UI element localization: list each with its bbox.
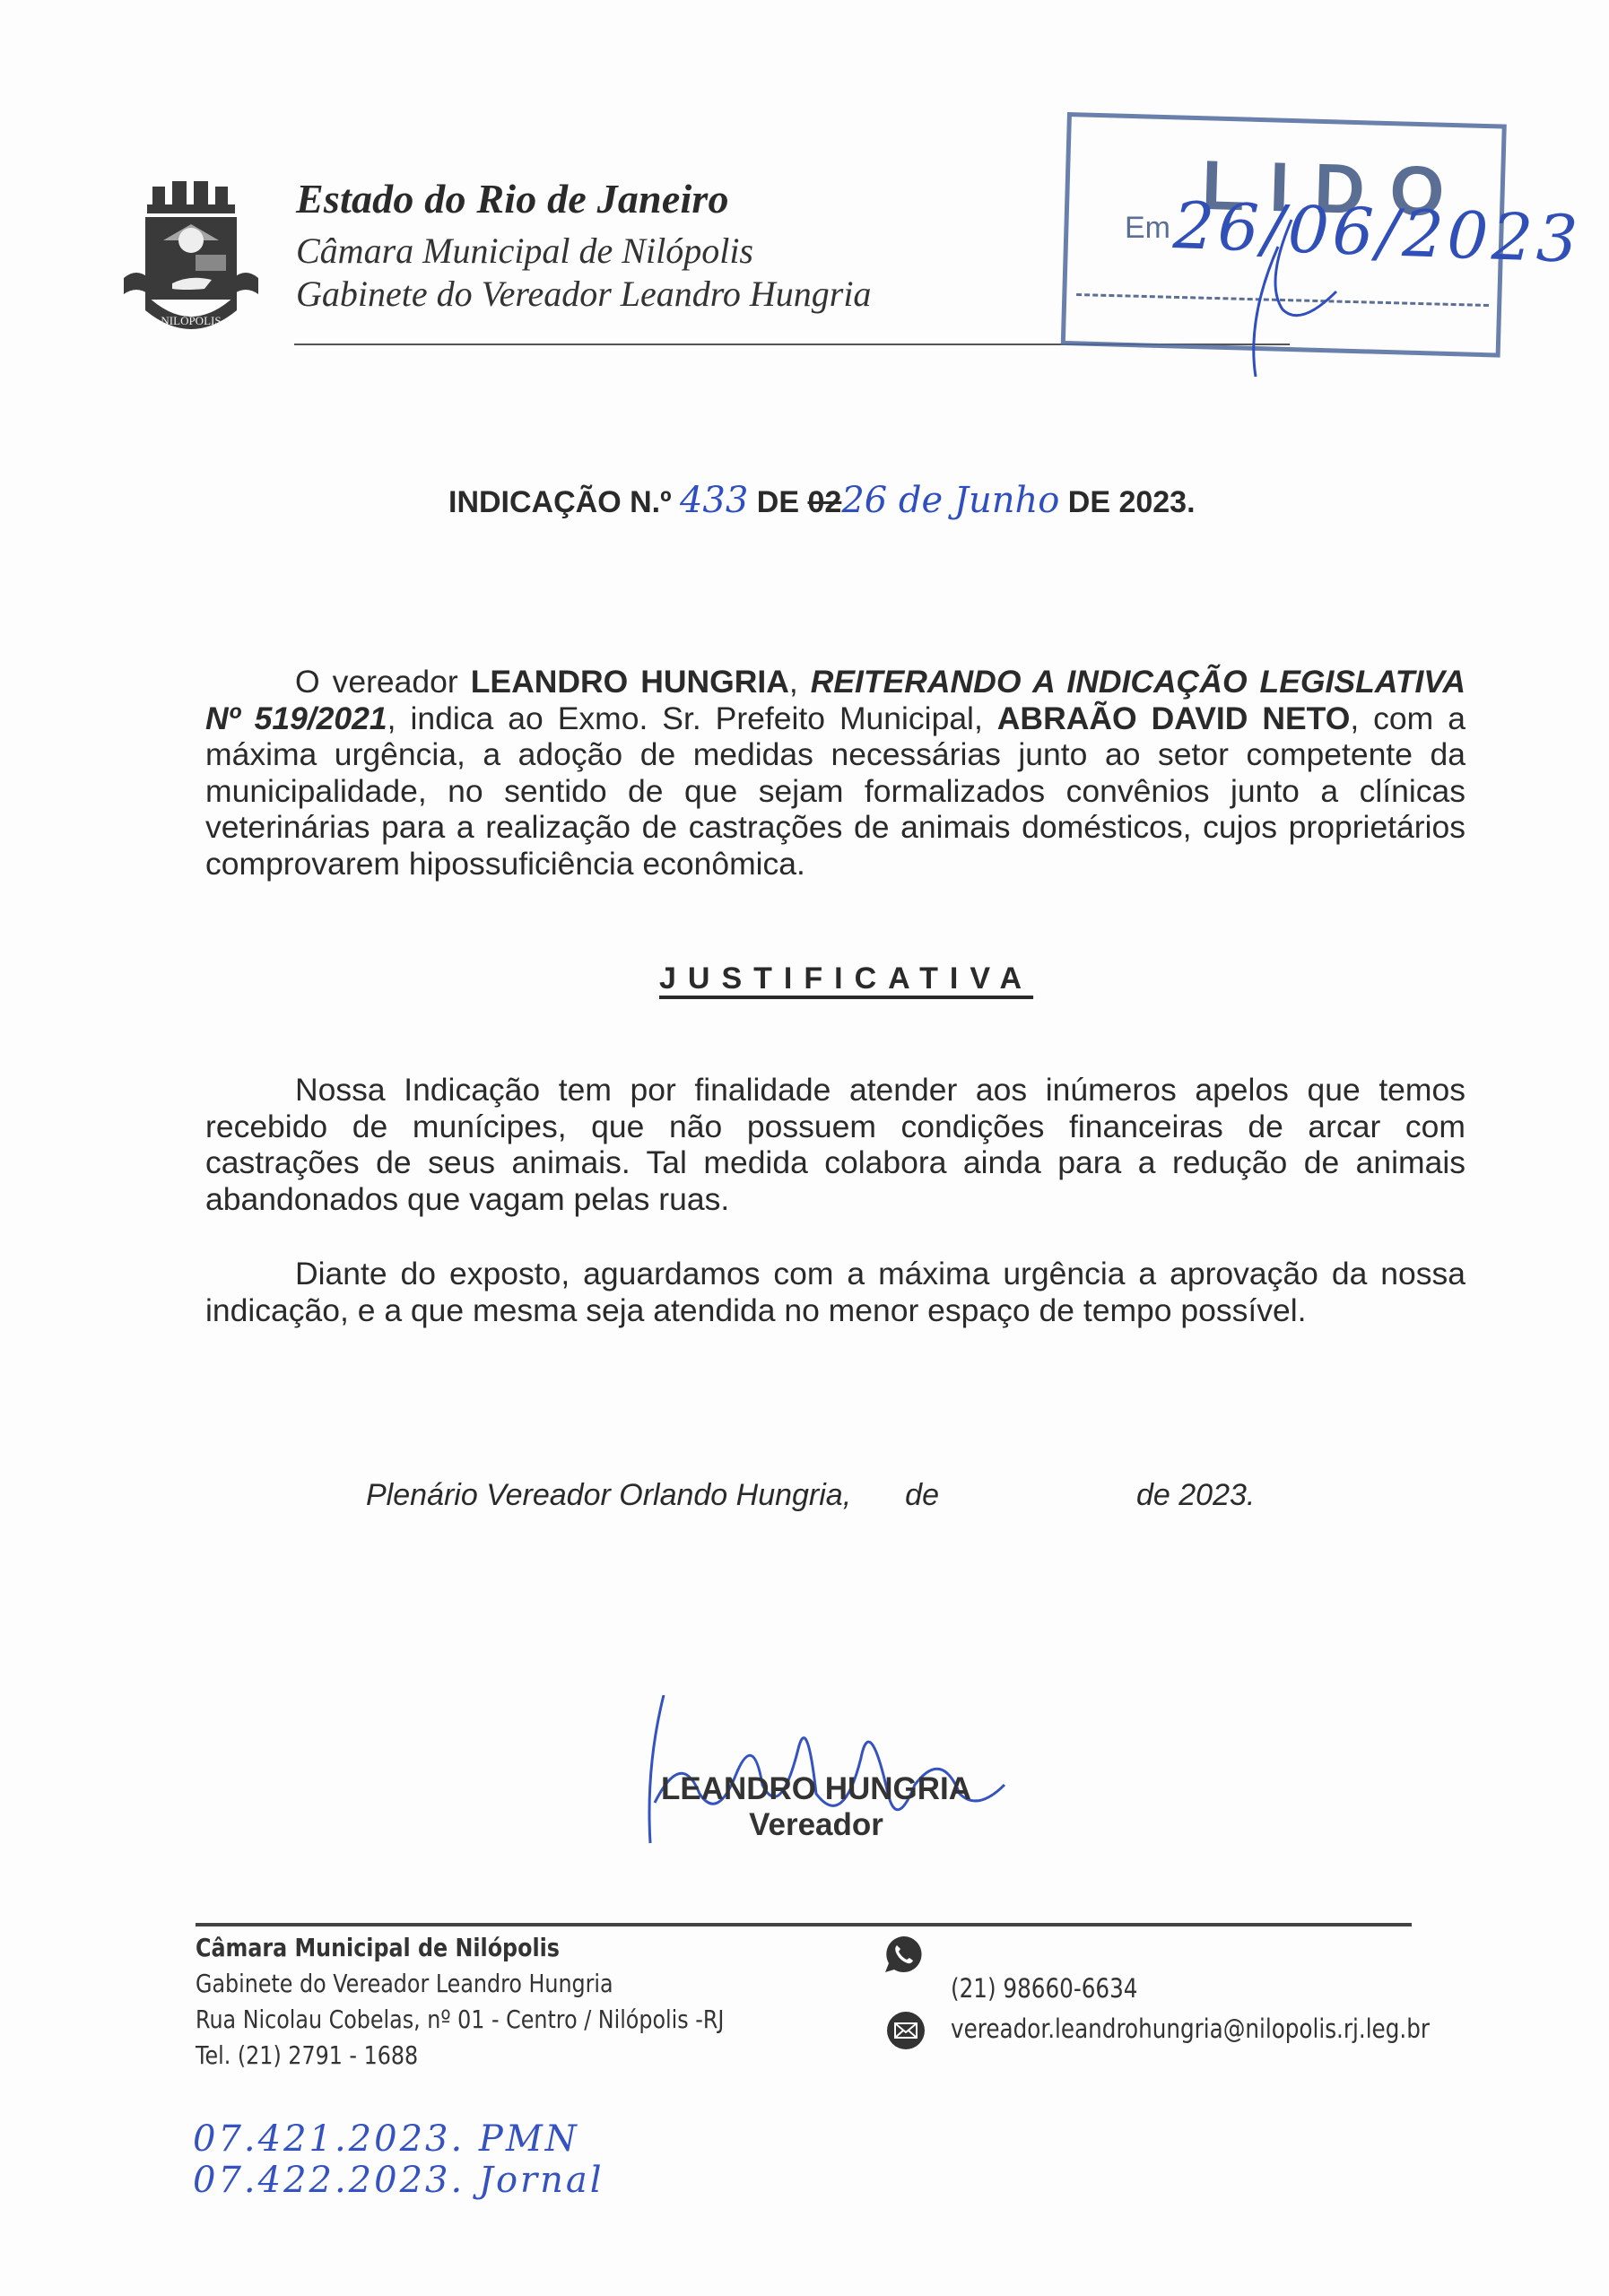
- body-paragraph-conclusion: Diante do exposto, aguardamos com a máxi…: [205, 1256, 1465, 1328]
- lido-stamp: LIDO Em 26/06/2023: [1067, 112, 1507, 354]
- title-suffix: DE 2023.: [1068, 485, 1196, 519]
- municipal-crest-icon: NILÓPOLIS: [118, 178, 264, 335]
- footer-contact-block: Câmara Municipal de Nilópolis Gabinete d…: [196, 1930, 724, 2074]
- footer-landline: Tel. (21) 2791 - 1688: [196, 2038, 724, 2074]
- closing-line: Plenário Vereador Orlando Hungria,dede 2…: [366, 1478, 1255, 1513]
- header-office: Gabinete do Vereador Leandro Hungria: [296, 273, 871, 315]
- mayor-name: ABRAÃO DAVID NETO: [997, 700, 1351, 736]
- header-chamber: Câmara Municipal de Nilópolis: [296, 230, 753, 272]
- title-handwritten-date: 26 de Junho: [841, 480, 1059, 521]
- footer-divider: [196, 1923, 1412, 1926]
- envelope-icon: [886, 2011, 926, 2050]
- title-prefix: INDICAÇÃO N.º: [448, 485, 672, 519]
- title-struck-day: 02: [807, 485, 841, 519]
- closing-year: de 2023.: [1136, 1478, 1255, 1512]
- document-title: INDICAÇÃO N.º 433 DE 0226 de Junho DE 20…: [448, 480, 1196, 521]
- handwritten-note: 07.421.2023. PMN: [193, 2118, 579, 2160]
- footer-office: Gabinete do Vereador Leandro Hungria: [196, 1966, 724, 2002]
- body-paragraph-indication: O vereador LEANDRO HUNGRIA, REITERANDO A…: [205, 664, 1465, 882]
- footer-email: vereador.leandrohungria@nilopolis.rj.leg…: [951, 2013, 1430, 2044]
- footer-org: Câmara Municipal de Nilópolis: [196, 1930, 724, 1966]
- title-handwritten-number: 433: [680, 480, 748, 521]
- whatsapp-icon: [883, 1935, 923, 1974]
- header-state: Estado do Rio de Janeiro: [296, 175, 729, 222]
- closing-place: Plenário Vereador Orlando Hungria,: [366, 1478, 851, 1512]
- svg-text:NILÓPOLIS: NILÓPOLIS: [161, 314, 221, 327]
- stamp-em-label: Em: [1125, 211, 1170, 246]
- body-paragraph-justification: Nossa Indicação tem por finalidade atend…: [205, 1072, 1465, 1217]
- handwritten-note: 07.422.2023. Jornal: [193, 2160, 604, 2201]
- signer-name: LEANDRO HUNGRIA: [646, 1771, 987, 1807]
- signer-role: Vereador: [646, 1807, 987, 1843]
- stamp-initials-scribble: [1229, 211, 1354, 381]
- footer-mobile: (21) 98660-6634: [951, 1973, 1137, 2004]
- title-de: DE: [757, 485, 799, 519]
- closing-de: de: [905, 1478, 939, 1512]
- footer-address: Rua Nicolau Cobelas, nº 01 - Centro / Ni…: [196, 2002, 724, 2038]
- justificativa-heading: JUSTIFICATIVA: [659, 961, 1033, 996]
- councilor-name: LEANDRO HUNGRIA: [471, 664, 789, 700]
